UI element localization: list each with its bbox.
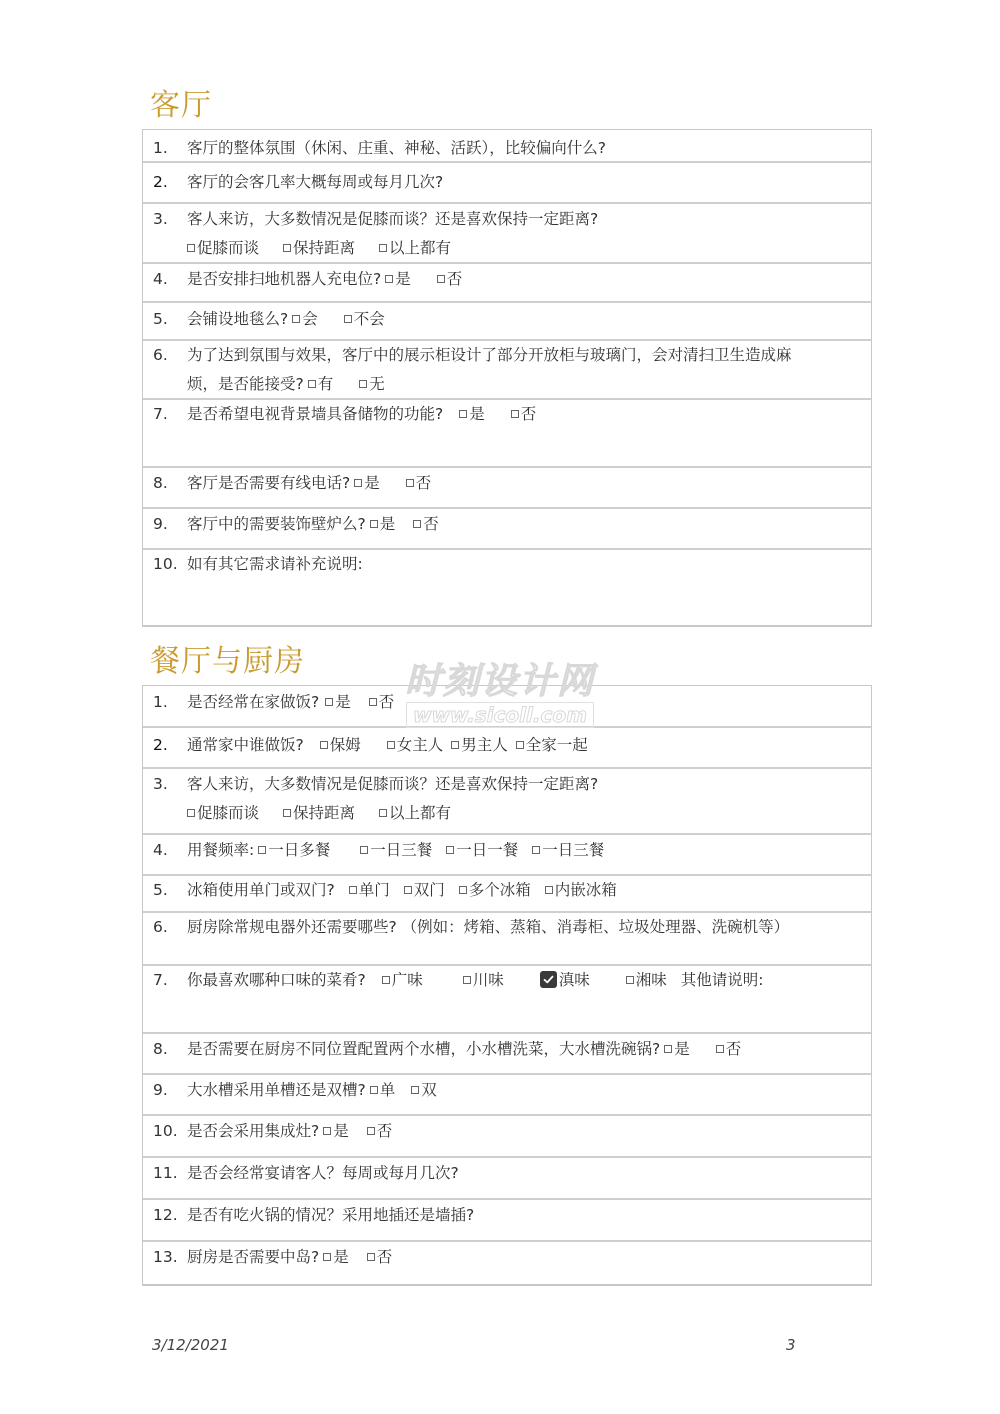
question-row: 3. 客人来访，大多数情况是促膝而谈？还是喜欢保持一定距离? 促膝而谈 保持距离… [143, 769, 871, 835]
checkbox-icon[interactable] [354, 479, 362, 487]
question-text: 客人来访，大多数情况是促膝而谈？还是喜欢保持一定距离? [187, 205, 598, 234]
checkbox-icon[interactable] [385, 275, 393, 283]
question-number: 5. [153, 305, 187, 334]
checkbox-icon[interactable] [532, 846, 540, 854]
question-text: 大水槽采用单槽还是双槽? [187, 1076, 366, 1105]
option-yes[interactable]: 是 [325, 688, 351, 717]
option-hostess[interactable]: 女主人 [387, 731, 444, 760]
question-number: 1. [153, 688, 187, 717]
checkbox-icon[interactable] [459, 410, 467, 418]
question-text: 客厅的整体氛围（休闲、庄重、神秘、活跃），比较偏向什么? [187, 134, 606, 163]
question-number: 10. [153, 1117, 187, 1146]
question-text: 厨房是否需要中岛? [187, 1243, 319, 1272]
checkbox-icon[interactable] [283, 244, 291, 252]
checkbox-icon[interactable] [344, 315, 352, 323]
checkbox-icon[interactable] [367, 1127, 375, 1135]
question-row: 9. 客厅中的需要装饰壁炉么? 是 否 [143, 509, 871, 550]
checkbox-icon[interactable] [387, 741, 395, 749]
checkbox-icon[interactable] [359, 380, 367, 388]
question-number: 2. [153, 168, 187, 197]
option-single-basin[interactable]: 单 [370, 1076, 396, 1105]
option-no[interactable]: 否 [511, 400, 537, 429]
option-no[interactable]: 否 [413, 510, 439, 539]
question-row: 5. 会铺设地毯么? 会 不会 [143, 303, 871, 341]
option-no[interactable]: 不会 [344, 305, 385, 334]
checkbox-icon[interactable] [379, 809, 387, 817]
option-both[interactable]: 以上都有 [379, 799, 451, 828]
option-yunnan[interactable]: 滇味 [540, 966, 590, 995]
question-number: 1. [153, 134, 187, 163]
option-double-basin[interactable]: 双 [411, 1076, 437, 1105]
checkbox-icon[interactable] [406, 479, 414, 487]
question-text: 客人来访，大多数情况是促膝而谈？还是喜欢保持一定距离? [187, 770, 598, 799]
option-yes[interactable]: 是 [323, 1117, 349, 1146]
checkbox-icon[interactable] [404, 886, 412, 894]
checkbox-icon[interactable] [370, 1086, 378, 1094]
option-hunan[interactable]: 湘味 [626, 966, 667, 995]
option-no[interactable]: 无 [359, 370, 385, 399]
checkbox-icon[interactable] [349, 886, 357, 894]
question-row: 11. 是否会经常宴请客人？每周或每月几次? [143, 1158, 871, 1200]
option-distance[interactable]: 保持距离 [283, 799, 355, 828]
option-yes[interactable]: 会 [292, 305, 318, 334]
question-text: 是否需要在厨房不同位置配置两个水槽，小水槽洗菜，大水槽洗碗锅? [187, 1035, 660, 1064]
question-text: 是否会采用集成灶? [187, 1117, 319, 1146]
footer-date: 3/12/2021 [152, 1336, 229, 1354]
question-row: 6. 厨房除常规电器外还需要哪些? （例如：烤箱、蒸箱、消毒柜、垃圾处理器、洗碗… [143, 913, 871, 966]
question-row: 10. 是否会采用集成灶? 是 否 [143, 1116, 871, 1158]
checkbox-icon[interactable] [459, 886, 467, 894]
checkbox-icon[interactable] [626, 976, 634, 984]
question-row: 1. 客厅的整体氛围（休闲、庄重、神秘、活跃），比较偏向什么? [143, 130, 871, 163]
option-single-door[interactable]: 单门 [349, 876, 390, 905]
question-number: 7. [153, 400, 187, 429]
question-row: 7. 你最喜欢哪种口味的菜肴? 广味 川味 滇味 湘味 其他请说明: [143, 966, 871, 1034]
option-both[interactable]: 以上都有 [379, 234, 451, 263]
option-no[interactable]: 否 [406, 469, 432, 498]
question-text: 是否希望电视背景墙具备储物的功能? [187, 400, 443, 429]
checkbox-icon[interactable] [283, 809, 291, 817]
living-room-questionnaire: 1. 客厅的整体氛围（休闲、庄重、神秘、活跃），比较偏向什么? 2. 客厅的会客… [142, 129, 872, 627]
option-yes[interactable]: 是 [370, 510, 396, 539]
question-number: 5. [153, 876, 187, 905]
page-number: 3 [786, 1336, 796, 1354]
question-number: 6. [153, 341, 187, 370]
question-row: 7. 是否希望电视背景墙具备储物的功能? 是 否 [143, 400, 871, 468]
question-number: 4. [153, 265, 187, 294]
option-nanny[interactable]: 保姆 [320, 731, 361, 760]
question-number: 6. [153, 913, 187, 942]
question-row: 4. 用餐频率: 一日多餐 一日三餐 一日一餐 一日三餐 [143, 835, 871, 876]
question-number: 10. [153, 550, 187, 579]
checkbox-icon[interactable] [360, 846, 368, 854]
question-row: 1. 是否经常在家做饭? 是 否 [143, 686, 871, 728]
option-cuxi[interactable]: 促膝而谈 [187, 234, 259, 263]
option-yes[interactable]: 是 [354, 469, 380, 498]
question-number: 11. [153, 1159, 187, 1188]
question-row: 12. 是否有吃火锅的情况？采用地插还是墙插? [143, 1200, 871, 1242]
option-double-door[interactable]: 双门 [404, 876, 445, 905]
checkbox-icon[interactable] [369, 698, 377, 706]
question-row: 4. 是否安排扫地机器人充电位? 是 否 [143, 264, 871, 303]
question-row: 8. 是否需要在厨房不同位置配置两个水槽，小水槽洗菜，大水槽洗碗锅? 是 否 [143, 1034, 871, 1075]
option-no[interactable]: 否 [437, 265, 463, 294]
section-title-kitchen: 餐厅与厨房 [150, 636, 305, 680]
question-text: 客厅是否需要有线电话? [187, 469, 350, 498]
question-text: 通常家中谁做饭? [187, 731, 304, 760]
question-row: 13. 厨房是否需要中岛? 是 否 [143, 1242, 871, 1284]
checkbox-icon[interactable] [511, 410, 519, 418]
option-no[interactable]: 否 [367, 1243, 393, 1272]
other-specify-label: 其他请说明: [681, 966, 764, 995]
question-number: 8. [153, 469, 187, 498]
question-number: 9. [153, 510, 187, 539]
question-row: 6. 为了达到氛围与效果，客厅中的展示柜设计了部分开放柜与玻璃门，会对清扫卫生造… [143, 341, 871, 400]
checkbox-icon[interactable] [382, 976, 390, 984]
question-text: 是否有吃火锅的情况？采用地插还是墙插? [187, 1201, 474, 1230]
section-title-living: 客厅 [150, 80, 212, 124]
checkbox-icon[interactable] [367, 1253, 375, 1261]
option-yes[interactable]: 有 [308, 370, 334, 399]
checkbox-icon[interactable] [308, 380, 316, 388]
question-number: 2. [153, 731, 187, 760]
question-number: 3. [153, 770, 187, 799]
question-text: 为了达到氛围与效果，客厅中的展示柜设计了部分开放柜与玻璃门，会对清扫卫生造成麻 [187, 341, 792, 370]
question-text: 厨房除常规电器外还需要哪些? （例如：烤箱、蒸箱、消毒柜、垃圾处理器、洗碗机等） [187, 913, 789, 942]
checkbox-icon[interactable] [716, 1045, 724, 1053]
checkbox-icon[interactable] [292, 315, 300, 323]
question-number: 9. [153, 1076, 187, 1105]
checked-checkbox-icon[interactable] [540, 971, 557, 988]
option-no[interactable]: 否 [367, 1117, 393, 1146]
question-text: 客厅的会客几率大概每周或每月几次? [187, 168, 443, 197]
question-text: 是否安排扫地机器人充电位? [187, 265, 381, 294]
checkbox-icon[interactable] [187, 809, 195, 817]
checkbox-icon[interactable] [325, 698, 333, 706]
question-row: 2. 客厅的会客几率大概每周或每月几次? [143, 163, 871, 204]
option-multiple-fridges[interactable]: 多个冰箱 [459, 876, 531, 905]
question-text: 是否会经常宴请客人？每周或每月几次? [187, 1159, 459, 1188]
question-text: 冰箱使用单门或双门? [187, 876, 335, 905]
question-number: 8. [153, 1035, 187, 1064]
option-yes[interactable]: 是 [323, 1243, 349, 1272]
option-many-meals[interactable]: 一日多餐 [258, 836, 330, 865]
checkbox-icon[interactable] [411, 1086, 419, 1094]
question-text: 客厅中的需要装饰壁炉么? [187, 510, 366, 539]
checkbox-icon[interactable] [323, 1127, 331, 1135]
checkbox-icon[interactable] [437, 275, 445, 283]
checkbox-icon[interactable] [258, 846, 266, 854]
option-built-in-fridge[interactable]: 内嵌冰箱 [545, 876, 617, 905]
checkbox-icon[interactable] [187, 244, 195, 252]
question-text: 用餐频率: [187, 836, 254, 865]
question-number: 12. [153, 1201, 187, 1230]
option-one-meal[interactable]: 一日一餐 [446, 836, 518, 865]
kitchen-questionnaire: 1. 是否经常在家做饭? 是 否 2. 通常家中谁做饭? 保姆 女主人 男主人 … [142, 685, 872, 1286]
option-yes[interactable]: 是 [459, 400, 485, 429]
checkbox-icon[interactable] [413, 520, 421, 528]
question-row: 8. 客厅是否需要有线电话? 是 否 [143, 468, 871, 509]
option-three-meals-2[interactable]: 一日三餐 [532, 836, 604, 865]
question-row: 5. 冰箱使用单门或双门? 单门 双门 多个冰箱 内嵌冰箱 [143, 876, 871, 913]
question-row: 2. 通常家中谁做饭? 保姆 女主人 男主人 全家一起 [143, 728, 871, 769]
option-host[interactable]: 男主人 [451, 731, 508, 760]
option-no[interactable]: 否 [716, 1035, 742, 1064]
checkbox-icon[interactable] [516, 741, 524, 749]
option-three-meals[interactable]: 一日三餐 [360, 836, 432, 865]
checkbox-icon[interactable] [320, 741, 328, 749]
question-text: 如有其它需求请补充说明: [187, 550, 363, 579]
question-number: 7. [153, 966, 187, 995]
question-text: 你最喜欢哪种口味的菜肴? [187, 966, 366, 995]
checkbox-icon[interactable] [379, 244, 387, 252]
option-cuxi[interactable]: 促膝而谈 [187, 799, 259, 828]
checkbox-icon[interactable] [463, 976, 471, 984]
option-yes[interactable]: 是 [385, 265, 411, 294]
option-sichuan[interactable]: 川味 [463, 966, 504, 995]
question-number: 13. [153, 1243, 187, 1272]
question-row: 9. 大水槽采用单槽还是双槽? 单 双 [143, 1075, 871, 1116]
checkbox-icon[interactable] [446, 846, 454, 854]
question-text-continued: 烦，是否能接受? [187, 370, 304, 399]
checkbox-icon[interactable] [370, 520, 378, 528]
option-no[interactable]: 否 [369, 688, 395, 717]
option-distance[interactable]: 保持距离 [283, 234, 355, 263]
option-yes[interactable]: 是 [664, 1035, 690, 1064]
question-text: 是否经常在家做饭? [187, 688, 319, 717]
question-text: 会铺设地毯么? [187, 305, 288, 334]
question-row: 3. 客人来访，大多数情况是促膝而谈？还是喜欢保持一定距离? 促膝而谈 保持距离… [143, 204, 871, 264]
checkbox-icon[interactable] [323, 1253, 331, 1261]
checkbox-icon[interactable] [545, 886, 553, 894]
question-number: 4. [153, 836, 187, 865]
option-whole-family[interactable]: 全家一起 [516, 731, 588, 760]
checkbox-icon[interactable] [451, 741, 459, 749]
option-cantonese[interactable]: 广味 [382, 966, 423, 995]
question-number: 3. [153, 205, 187, 234]
checkbox-icon[interactable] [664, 1045, 672, 1053]
question-row: 10. 如有其它需求请补充说明: [143, 550, 871, 625]
